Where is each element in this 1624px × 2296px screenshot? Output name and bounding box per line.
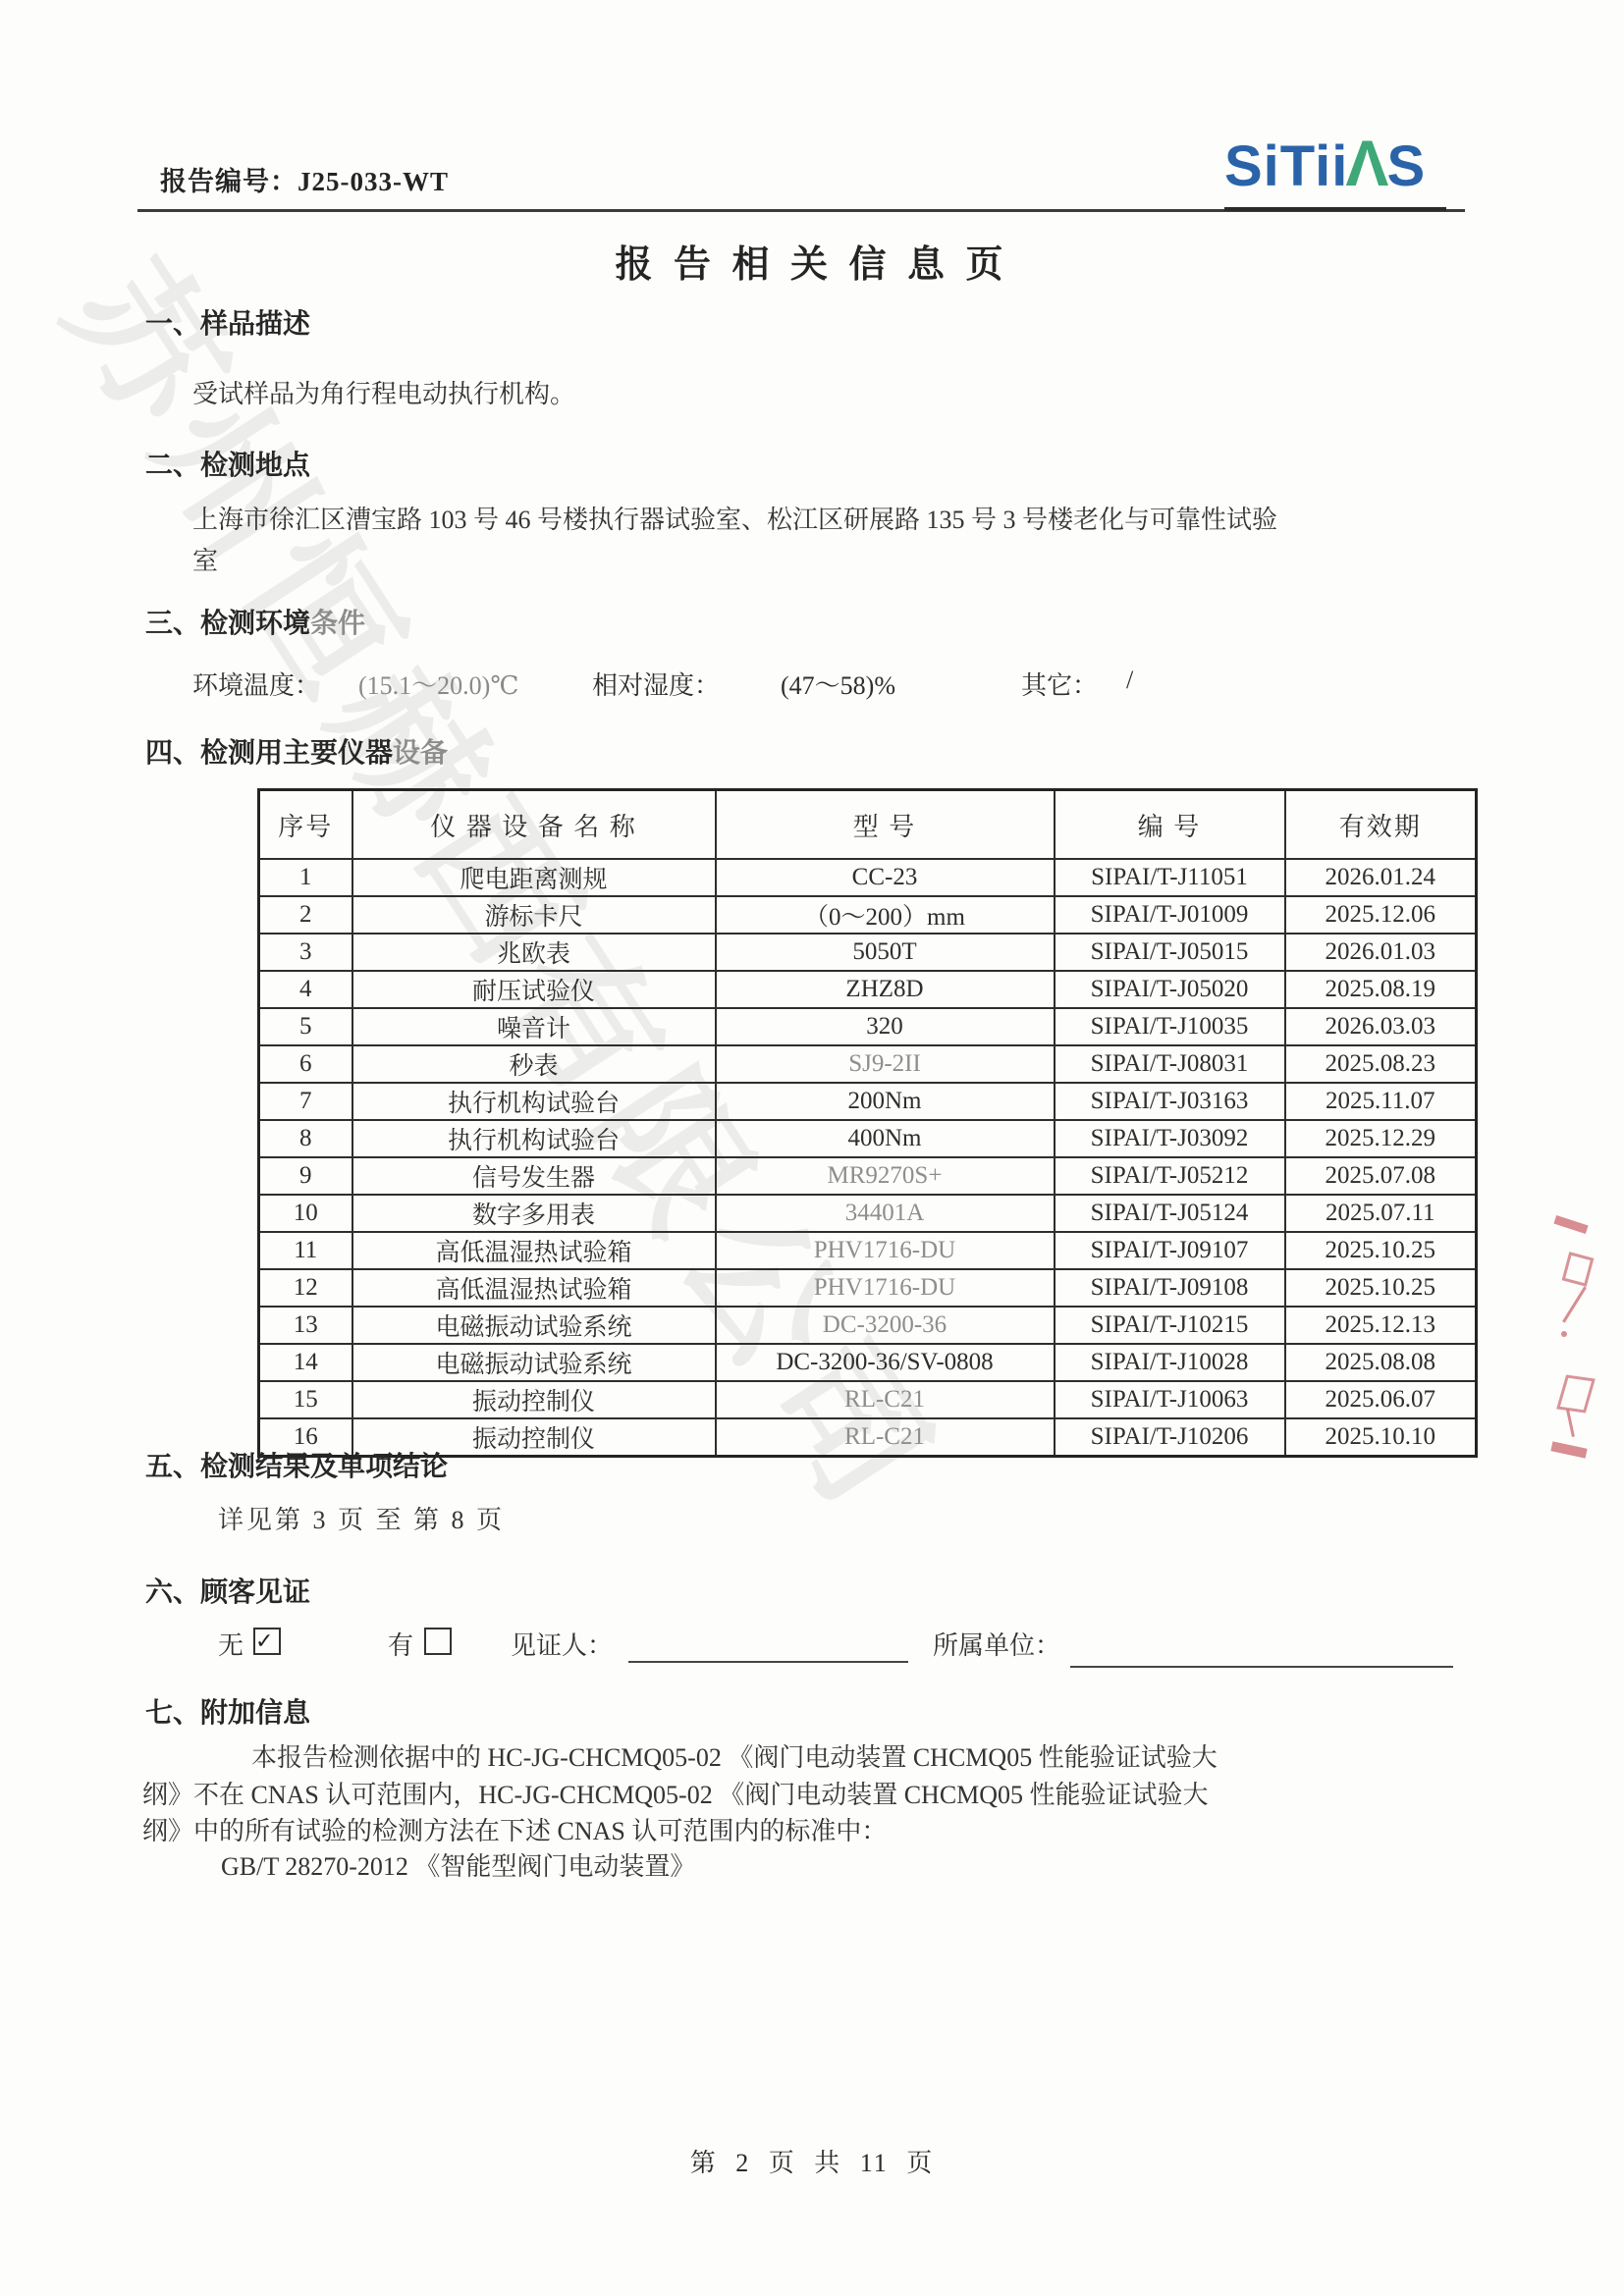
- table-cell: 7: [259, 1083, 352, 1120]
- report-number-value: J25-033-WT: [298, 167, 449, 196]
- table-cell: PHV1716-DU: [716, 1232, 1055, 1269]
- table-cell: 6: [259, 1045, 352, 1083]
- table-row: 2游标卡尺（0～200）mmSIPAI/T-J010092025.12.06: [259, 896, 1477, 934]
- temperature-value: (15.1～20.0)℃: [358, 666, 518, 702]
- table-cell: SIPAI/T-J08031: [1055, 1045, 1285, 1083]
- table-header-row: 序号 仪 器 设 备 名 称 型 号 编 号 有效期: [259, 790, 1477, 860]
- test-location-line1: 上海市徐汇区漕宝路 103 号 46 号楼执行器试验室、松江区研展路 135 号…: [192, 500, 1277, 536]
- customer-witness-row: 无 ✓ 有 见证人： 所属单位：: [0, 1626, 1624, 1684]
- table-cell: 10: [259, 1195, 352, 1232]
- section-7-number: 七、: [145, 1698, 200, 1729]
- table-cell: 5: [259, 1008, 352, 1045]
- witness-have-label: 有: [388, 1626, 413, 1662]
- section-5-heading: 五、检测结果及单项结论: [145, 1445, 448, 1484]
- table-cell: 2025.12.29: [1285, 1120, 1477, 1157]
- logo-text-right: S: [1386, 134, 1426, 198]
- col-header-model: 型 号: [716, 790, 1055, 860]
- col-header-serial: 编 号: [1055, 790, 1285, 860]
- table-cell: 信号发生器: [352, 1157, 716, 1195]
- table-cell: （0～200）mm: [716, 896, 1055, 934]
- table-cell: 8: [259, 1120, 352, 1157]
- table-cell: 电磁振动试验系统: [352, 1307, 716, 1344]
- table-cell: SIPAI/T-J10035: [1055, 1008, 1285, 1045]
- table-row: 8执行机构试验台400NmSIPAI/T-J030922025.12.29: [259, 1120, 1477, 1157]
- table-cell: 12: [259, 1269, 352, 1307]
- table-cell: 13: [259, 1307, 352, 1344]
- table-cell: SIPAI/T-J10028: [1055, 1344, 1285, 1381]
- page-footer: 第 2 页 共 11 页: [0, 2143, 1624, 2179]
- additional-info-line4: GB/T 28270-2012 《智能型阀门电动装置》: [221, 1846, 695, 1883]
- col-header-equipment-name: 仪 器 设 备 名 称: [352, 790, 716, 860]
- table-row: 6秒表SJ9-2IISIPAI/T-J080312025.08.23: [259, 1045, 1477, 1083]
- witness-signature-line: [628, 1661, 908, 1663]
- table-cell: SIPAI/T-J09107: [1055, 1232, 1285, 1269]
- table-cell: 9: [259, 1157, 352, 1195]
- witness-unit-label: 所属单位：: [933, 1626, 1060, 1662]
- table-row: 1爬电距离测规CC-23SIPAI/T-J110512026.01.24: [259, 859, 1477, 896]
- table-cell: 高低温湿热试验箱: [352, 1269, 716, 1307]
- red-stamp-mark: [1556, 1374, 1596, 1413]
- section-6-number: 六、: [145, 1577, 200, 1608]
- table-cell: ZHZ8D: [716, 971, 1055, 1008]
- section-3-title-light: 条件: [310, 609, 365, 639]
- section-4-heading: 四、检测用主要仪器设备: [145, 731, 448, 771]
- logo-underline: [1224, 207, 1446, 211]
- additional-info-line2: 纲》不在 CNAS 认可范围内，HC-JG-CHCMQ05-02 《阀门电动装置…: [142, 1775, 1209, 1811]
- table-cell: DC-3200-36/SV-0808: [716, 1344, 1055, 1381]
- equipment-table-body: 1爬电距离测规CC-23SIPAI/T-J110512026.01.242游标卡…: [259, 859, 1477, 1457]
- red-stamp-mark: [1561, 1331, 1567, 1337]
- table-row: 13电磁振动试验系统DC-3200-36SIPAI/T-J102152025.1…: [259, 1307, 1477, 1344]
- red-stamp-mark: [1553, 1215, 1588, 1234]
- test-location-line2: 室: [192, 541, 218, 577]
- temperature-label: 环境温度：: [192, 666, 320, 702]
- section-4-title: 检测用主要仪器: [200, 738, 393, 769]
- table-row: 10数字多用表34401ASIPAI/T-J051242025.07.11: [259, 1195, 1477, 1232]
- table-cell: SIPAI/T-J05015: [1055, 934, 1285, 971]
- table-cell: 耐压试验仪: [352, 971, 716, 1008]
- table-cell: SIPAI/T-J05124: [1055, 1195, 1285, 1232]
- humidity-value: (47～58)%: [781, 666, 895, 702]
- table-cell: SIPAI/T-J01009: [1055, 896, 1285, 934]
- section-7-heading: 七、附加信息: [145, 1691, 310, 1731]
- table-cell: 振动控制仪: [352, 1381, 716, 1418]
- additional-info-line3: 纲》中的所有试验的检测方法在下述 CNAS 认可范围内的标准中：: [142, 1811, 887, 1847]
- checkbox-unchecked-icon: [424, 1628, 452, 1655]
- witness-person-label: 见证人：: [511, 1626, 613, 1662]
- table-cell: 电磁振动试验系统: [352, 1344, 716, 1381]
- table-row: 12高低温湿热试验箱PHV1716-DUSIPAI/T-J091082025.1…: [259, 1269, 1477, 1307]
- table-cell: 14: [259, 1344, 352, 1381]
- table-cell: 4: [259, 971, 352, 1008]
- section-1-number: 一、: [145, 309, 200, 340]
- table-cell: 2025.08.23: [1285, 1045, 1477, 1083]
- table-cell: 秒表: [352, 1045, 716, 1083]
- page-title: 报 告 相 关 信 息 页: [0, 234, 1624, 288]
- table-cell: CC-23: [716, 859, 1055, 896]
- table-cell: 2026.03.03: [1285, 1008, 1477, 1045]
- table-cell: 5050T: [716, 934, 1055, 971]
- table-cell: 高低温湿热试验箱: [352, 1232, 716, 1269]
- table-cell: SIPAI/T-J03163: [1055, 1083, 1285, 1120]
- section-6-title: 顾客见证: [200, 1577, 310, 1608]
- table-cell: RL-C21: [716, 1418, 1055, 1457]
- red-stamp-mark: [1550, 1441, 1587, 1458]
- additional-info-line1: 本报告检测依据中的 HC-JG-CHCMQ05-02 《阀门电动装置 CHCMQ…: [251, 1737, 1218, 1774]
- table-cell: 320: [716, 1008, 1055, 1045]
- unit-signature-line: [1070, 1666, 1453, 1668]
- table-cell: SIPAI/T-J05020: [1055, 971, 1285, 1008]
- section-4-title-light: 设备: [393, 738, 448, 769]
- section-2-title: 检测地点: [200, 451, 310, 481]
- section-2-heading: 二、检测地点: [145, 444, 310, 483]
- humidity-label: 相对湿度：: [592, 666, 720, 702]
- witness-none-label: 无: [218, 1626, 244, 1662]
- table-cell: 游标卡尺: [352, 896, 716, 934]
- table-row: 5噪音计320SIPAI/T-J100352026.03.03: [259, 1008, 1477, 1045]
- table-cell: DC-3200-36: [716, 1307, 1055, 1344]
- section-5-number: 五、: [145, 1452, 200, 1482]
- table-cell: SIPAI/T-J10215: [1055, 1307, 1285, 1344]
- table-row: 4耐压试验仪ZHZ8DSIPAI/T-J050202025.08.19: [259, 971, 1477, 1008]
- table-row: 15振动控制仪RL-C21SIPAI/T-J100632025.06.07: [259, 1381, 1477, 1418]
- table-cell: 2025.07.08: [1285, 1157, 1477, 1195]
- table-cell: 兆欧表: [352, 934, 716, 971]
- table-cell: 1: [259, 859, 352, 896]
- red-stamp-mark: [1566, 1410, 1575, 1437]
- section-4-number: 四、: [145, 738, 200, 769]
- check-mark: ✓: [255, 1629, 273, 1653]
- results-reference: 详见第 3 页 至 第 8 页: [218, 1500, 505, 1536]
- equipment-table: 序号 仪 器 设 备 名 称 型 号 编 号 有效期 1爬电距离测规CC-23S…: [257, 788, 1478, 1458]
- table-cell: SIPAI/T-J10063: [1055, 1381, 1285, 1418]
- table-cell: PHV1716-DU: [716, 1269, 1055, 1307]
- table-cell: SIPAI/T-J10206: [1055, 1418, 1285, 1457]
- table-cell: SIPAI/T-J09108: [1055, 1269, 1285, 1307]
- table-row: 3兆欧表5050TSIPAI/T-J050152026.01.03: [259, 934, 1477, 971]
- section-1-title: 样品描述: [200, 309, 310, 340]
- table-cell: 200Nm: [716, 1083, 1055, 1120]
- report-page: 苏州恒赫西有限公司 报告编号：J25-033-WT SiTiiΛS 报 告 相 …: [0, 0, 1624, 2296]
- red-stamp-mark: [1562, 1286, 1587, 1322]
- table-cell: 2025.12.13: [1285, 1307, 1477, 1344]
- table-cell: 2: [259, 896, 352, 934]
- table-cell: SIPAI/T-J11051: [1055, 859, 1285, 896]
- table-cell: 2025.10.25: [1285, 1232, 1477, 1269]
- section-1-heading: 一、样品描述: [145, 302, 310, 342]
- report-number-label: 报告编号：: [160, 167, 298, 196]
- table-cell: 15: [259, 1381, 352, 1418]
- table-cell: SIPAI/T-J05212: [1055, 1157, 1285, 1195]
- table-cell: 2025.08.08: [1285, 1344, 1477, 1381]
- table-cell: 2025.07.11: [1285, 1195, 1477, 1232]
- section-6-heading: 六、顾客见证: [145, 1571, 310, 1610]
- table-cell: 34401A: [716, 1195, 1055, 1232]
- red-stamp-mark: [1562, 1252, 1595, 1287]
- sample-description: 受试样品为角行程电动执行机构。: [192, 374, 575, 410]
- table-cell: 2025.11.07: [1285, 1083, 1477, 1120]
- table-cell: RL-C21: [716, 1381, 1055, 1418]
- table-cell: 2025.12.06: [1285, 896, 1477, 934]
- section-3-title: 检测环境: [200, 609, 310, 639]
- report-number: 报告编号：J25-033-WT: [160, 160, 449, 198]
- checkbox-checked-icon: ✓: [253, 1628, 281, 1655]
- table-cell: 400Nm: [716, 1120, 1055, 1157]
- table-cell: 3: [259, 934, 352, 971]
- table-cell: 2026.01.24: [1285, 859, 1477, 896]
- table-cell: 2025.10.25: [1285, 1269, 1477, 1307]
- table-cell: 2025.06.07: [1285, 1381, 1477, 1418]
- table-cell: 执行机构试验台: [352, 1120, 716, 1157]
- sitiias-logo: SiTiiΛS: [1224, 133, 1426, 196]
- section-2-number: 二、: [145, 451, 200, 481]
- section-5-title: 检测结果及单项结论: [200, 1452, 448, 1482]
- other-value: /: [1126, 666, 1133, 695]
- table-row: 11高低温湿热试验箱PHV1716-DUSIPAI/T-J091072025.1…: [259, 1232, 1477, 1269]
- logo-text-left: SiTii: [1224, 134, 1348, 198]
- table-cell: 2025.08.19: [1285, 971, 1477, 1008]
- table-row: 9信号发生器MR9270S+SIPAI/T-J052122025.07.08: [259, 1157, 1477, 1195]
- table-cell: 2026.01.03: [1285, 934, 1477, 971]
- section-7-title: 附加信息: [200, 1698, 310, 1729]
- logo-triangle-a-icon: Λ: [1345, 127, 1389, 199]
- table-row: 14电磁振动试验系统DC-3200-36/SV-0808SIPAI/T-J100…: [259, 1344, 1477, 1381]
- environment-conditions-row: 环境温度： (15.1～20.0)℃ 相对湿度： (47～58)% 其它： /: [192, 666, 1518, 705]
- table-cell: SJ9-2II: [716, 1045, 1055, 1083]
- table-cell: 数字多用表: [352, 1195, 716, 1232]
- section-3-number: 三、: [145, 609, 200, 639]
- table-row: 7执行机构试验台200NmSIPAI/T-J031632025.11.07: [259, 1083, 1477, 1120]
- table-cell: MR9270S+: [716, 1157, 1055, 1195]
- table-cell: 11: [259, 1232, 352, 1269]
- table-cell: 噪音计: [352, 1008, 716, 1045]
- table-cell: 2025.10.10: [1285, 1418, 1477, 1457]
- table-cell: SIPAI/T-J03092: [1055, 1120, 1285, 1157]
- col-header-index: 序号: [259, 790, 352, 860]
- table-cell: 爬电距离测规: [352, 859, 716, 896]
- table-cell: 执行机构试验台: [352, 1083, 716, 1120]
- other-label: 其它：: [1021, 666, 1098, 702]
- col-header-validity: 有效期: [1285, 790, 1477, 860]
- section-3-heading: 三、检测环境条件: [145, 602, 365, 641]
